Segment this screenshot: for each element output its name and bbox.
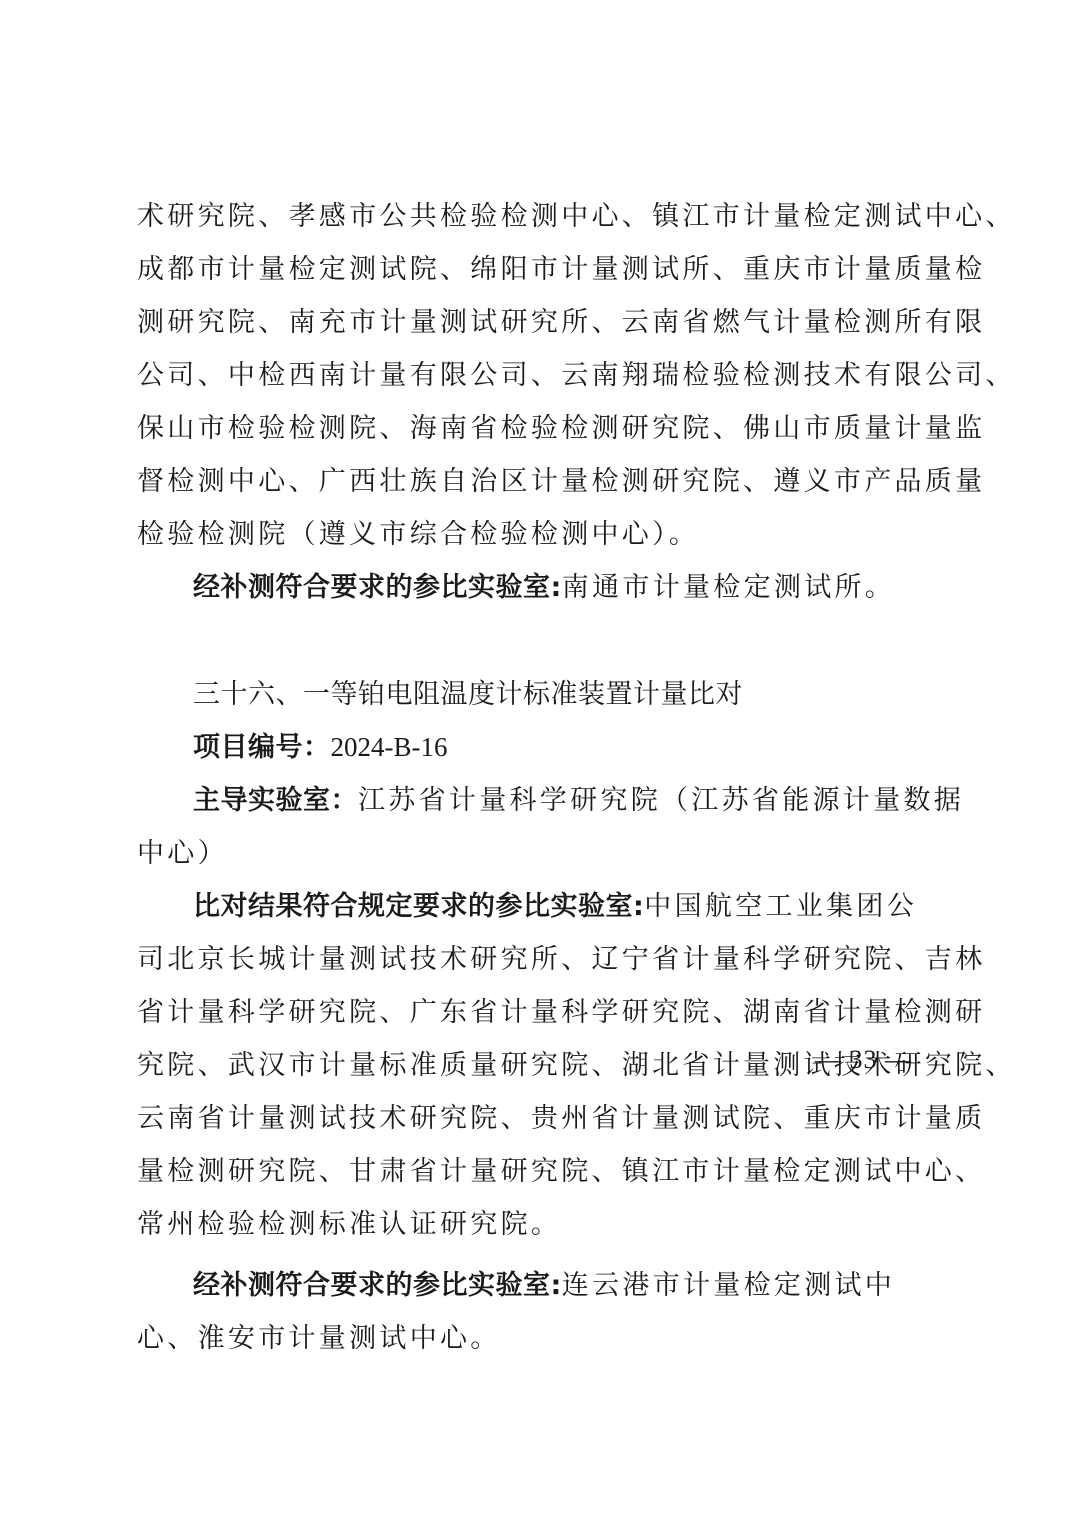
lead-lab-continuation: 中心）	[137, 827, 945, 880]
paragraph-line: 督检测中心、广西壮族自治区计量检测研究院、遵义市产品质量	[137, 455, 945, 508]
paragraph-line: 云南省计量测试技术研究院、贵州省计量测试院、重庆市计量质	[137, 1092, 945, 1145]
document-page: 术研究院、孝感市公共检验检测中心、镇江市计量检定测试中心、 成都市计量检定测试院…	[137, 190, 945, 1365]
project-number: 项目编号：2024-B-16	[137, 721, 945, 774]
project-number-value: 2024-B-16	[331, 732, 448, 762]
paragraph-line: 成都市计量检定测试院、绵阳市计量测试所、重庆市计量质量检	[137, 243, 945, 296]
qualified-labs-value: 中国航空工业集团公	[644, 891, 917, 922]
paragraph-line: 测研究院、南充市计量测试研究所、云南省燃气计量检测所有限	[137, 296, 945, 349]
paragraph-line: 公司、中检西南计量有限公司、云南翔瑞检验检测技术有限公司、	[137, 349, 945, 402]
lead-lab-label: 主导实验室：	[193, 785, 358, 816]
project-number-label: 项目编号：	[193, 732, 331, 763]
qualified-labs: 比对结果符合规定要求的参比实验室:中国航空工业集团公	[137, 880, 945, 933]
lead-lab-value: 江苏省计量科学研究院（江苏省能源计量数据	[358, 785, 964, 816]
section-35-supplementary: 经补测符合要求的参比实验室:南通市计量检定测试所。	[137, 561, 945, 614]
paragraph-line: 司北京长城计量测试技术研究所、辽宁省计量科学研究院、吉林	[137, 933, 945, 986]
section-36: 三十六、一等铂电阻温度计标准装置计量比对 项目编号：2024-B-16 主导实验…	[137, 668, 945, 1365]
paragraph-line: 检验检测院（遵义市综合检验检测中心）。	[137, 508, 945, 561]
supplementary-label: 经补测符合要求的参比实验室:	[193, 572, 562, 603]
section-36-supplementary: 经补测符合要求的参比实验室:连云港市计量检定测试中	[137, 1259, 945, 1312]
supplementary-label: 经补测符合要求的参比实验室:	[193, 1270, 562, 1301]
section-divider-space	[137, 614, 945, 668]
supplementary-continuation: 心、淮安市计量测试中心。	[137, 1312, 945, 1365]
section-title: 三十六、一等铂电阻温度计标准装置计量比对	[137, 668, 945, 721]
supplementary-value: 南通市计量检定测试所。	[562, 572, 895, 603]
paragraph-line: 常州检验检测标准认证研究院。	[137, 1198, 945, 1251]
supplementary-value: 连云港市计量检定测试中	[562, 1270, 895, 1301]
lead-lab: 主导实验室：江苏省计量科学研究院（江苏省能源计量数据	[137, 774, 945, 827]
paragraph-line: 保山市检验检测院、海南省检验检测研究院、佛山市质量计量监	[137, 402, 945, 455]
page-number: — 33 —	[815, 1044, 912, 1076]
section-35-participants: 术研究院、孝感市公共检验检测中心、镇江市计量检定测试中心、 成都市计量检定测试院…	[137, 190, 945, 561]
paragraph-line: 量检测研究院、甘肃省计量研究院、镇江市计量检定测试中心、	[137, 1145, 945, 1198]
paragraph-line: 省计量科学研究院、广东省计量科学研究院、湖南省计量检测研	[137, 986, 945, 1039]
qualified-labs-label: 比对结果符合规定要求的参比实验室:	[193, 891, 644, 922]
spacer	[137, 1251, 945, 1259]
paragraph-line: 术研究院、孝感市公共检验检测中心、镇江市计量检定测试中心、	[137, 190, 945, 243]
